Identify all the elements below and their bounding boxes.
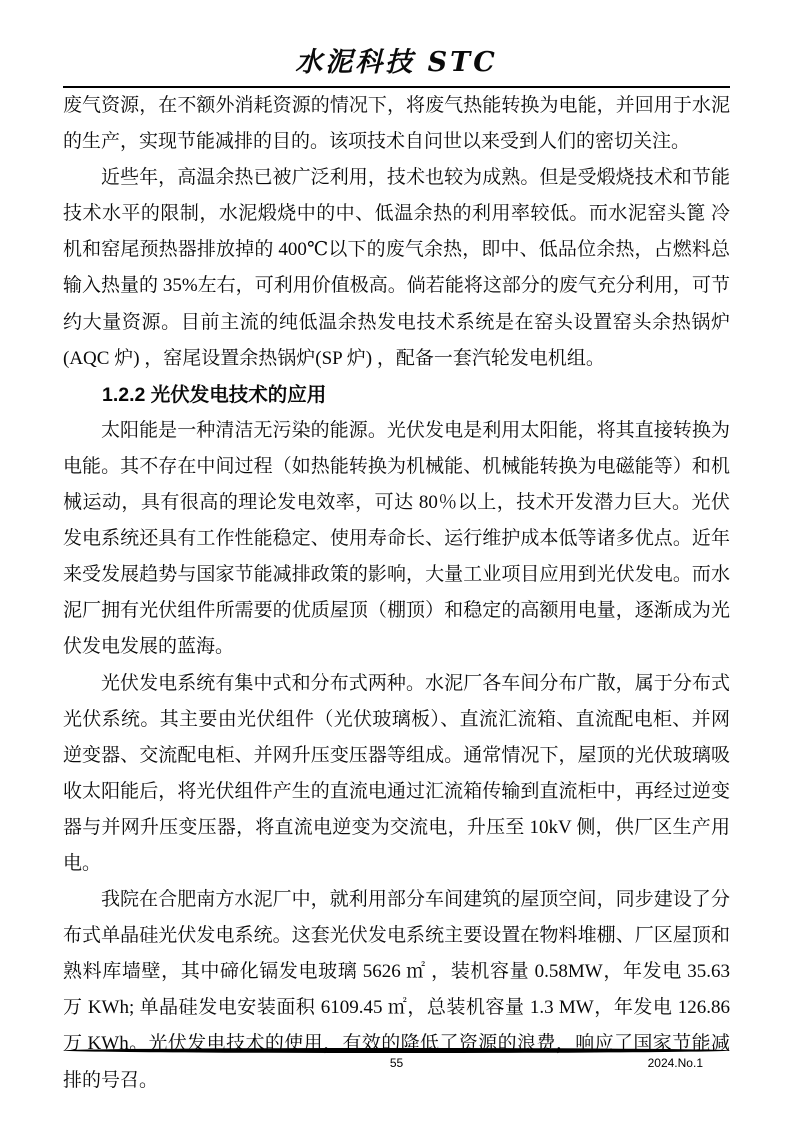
- journal-page: 水泥科技 STC 废气资源，在不额外消耗资源的情况下，将废气热能转换为电能，并回…: [0, 0, 793, 1122]
- paragraph-waste-gas-continuation: 废气资源，在不额外消耗资源的情况下，将废气热能转换为电能，并回用于水泥的生产，实…: [63, 88, 730, 160]
- article-body: 废气资源，在不额外消耗资源的情况下，将废气热能转换为电能，并回用于水泥的生产，实…: [63, 88, 730, 1099]
- journal-header-title: 水泥科技 STC: [0, 40, 793, 79]
- paragraph-solar-energy-intro: 太阳能是一种清洁无污染的能源。光伏发电是利用太阳能，将其直接转换为电能。其不存在…: [63, 413, 730, 666]
- paragraph-pv-system-types: 光伏发电系统有集中式和分布式两种。水泥厂各车间分布广散，属于分布式光伏系统。其主…: [63, 666, 730, 883]
- footer-rule: [63, 1048, 730, 1053]
- section-heading-1-2-2: 1.2.2 光伏发电技术的应用: [63, 377, 730, 413]
- paragraph-waste-heat-utilization: 近些年，高温余热已被广泛利用，技术也较为成熟。但是受煅烧技术和节能技术水平的限制…: [63, 160, 730, 377]
- issue-label: 2024.No.1: [648, 1056, 703, 1070]
